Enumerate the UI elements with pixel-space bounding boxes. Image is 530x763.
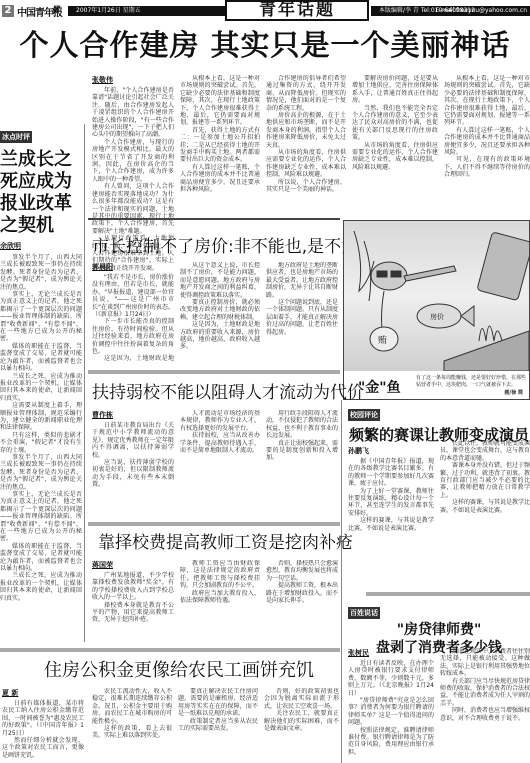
byline: 张树民 (348, 648, 434, 658)
paragraph: 这样的赛课，与其说是教学比赛，不如说是表演比赛。 (440, 499, 530, 514)
byline: 夏 新 (2, 688, 84, 698)
byline: 蒋国荣 (92, 560, 174, 570)
issue-date: 2007年1月26日 星期五 (76, 6, 141, 16)
decorative-slashes: ///// (52, 5, 58, 15)
masthead: 2 中国青年报 ///// 2007年1月26日 星期五 Topics 青年话题… (0, 0, 530, 22)
main-article-col-5: 从根本上看，这是一种对市场规则的突破尝试。首先，它缺少必要的法律基础和制度保障，… (444, 75, 530, 213)
section-divider (0, 648, 340, 652)
paragraph: 个人合作建房，与现行的房地产开发模式相比，最大的区别在于节省了开发商的利润，因此… (92, 139, 174, 183)
column-tag: 百姓说话 (348, 607, 380, 619)
paragraph: 当然，我们也不能完全否定个人合作建房的意义，它至少表达了民众对高房价的不满，也促… (352, 105, 438, 142)
masthead-bar-right: 本版编辑/李 青 Tel:010-64098312 E-mail:freeyou… (371, 6, 530, 16)
article-3-col-2: 人才流动是市场经济的基本规律，教师作为专业人才，有权选择更好的发展平台。 扶持弱… (180, 410, 260, 520)
paragraph: 有关部门应当尽快规范房贷律师费的收取，保护消费者的合法权益，不能让消费者成为任人… (440, 678, 530, 708)
article-body: "我若不是市长，房价涨价没有理由，但若是市长，就能办。"早报报道，建设部一位官员… (92, 274, 174, 362)
paragraph: 事实上，无论兰成长是否为真正意义上的记者，他之死都揭示了一个更深层次的问题——报… (0, 291, 82, 343)
paragraph: 兰成长之死，应成为推动报业改革的一个契机，让媒体回归其本来的使命，让新闻回归真实… (0, 572, 82, 602)
paragraph: 用行政手段阻碍人才流动，不仅侵犯了教师的合法权益，也不利于教育事业的长远发展。 (266, 410, 338, 440)
article-6-col-2: 然而在现实中，消费者往往别无选择，只能被动接受。这种做法，实际上是银行利用其强势… (440, 648, 530, 763)
cartoon-title: "金"鱼 (358, 377, 401, 397)
paragraph: 按照法律规定，谁聘请律师谁付费。银行聘请律师是为了防范自身风险，费用理应由银行承… (348, 727, 434, 757)
paragraph: 否则，好的政策初衷也会因为脱离实际而流于形式，让农民工空欢喜一场。 (264, 688, 339, 710)
article-7-col-3: 要真正解决农民工住房问题，需要的是廉租房、经济适用房等实实在在的保障，而不是一纸… (178, 688, 258, 763)
paragraph: 可见，在现有的政策环境下，人们不得不继续等待房价的合理回归。 (444, 156, 530, 178)
paragraph: 据《中国青年报》报道，现在的各级教学比赛名目繁多，有的教师一个学期要参加好几次赛… (348, 458, 434, 488)
paragraph: 年前，"个人合作建房是否靠谱"话题讨论引起社会广泛关注。随后，由合作建房发起人于… (92, 87, 174, 139)
article-7-headline: 住房公积金更像给农民工画饼充饥 (44, 660, 314, 682)
headline-line-1: "房贷律师费" (348, 621, 530, 639)
paragraph: 只有这样，类似的悲剧才不会重演，"假记者"才没有生存的土壤。 (0, 432, 82, 454)
paragraph: 否则，择校热只会愈演愈烈，教育均衡发展也将成为一句空话。 (266, 560, 338, 582)
paragraph: "我若不是市长，房价涨价没有理由，但若是市长，就能办。"早报报道，建设部一位官员… (92, 274, 174, 318)
paragraph: 这需要从制度上着手，理顺报业管理体制，规范采编行为，建立健全的新闻职业伦理和法律… (0, 402, 82, 432)
paragraph: 从根本上看，这是一种对市场规则的突破尝试。首先，它缺少必要的法律基础和制度保障，… (180, 75, 260, 127)
paragraph: 有人算过这样一笔账，个人合作建房的成本并不比普通商品房便宜多少，况且还要承担各种… (444, 127, 530, 157)
paragraph: 所以说，个人合作建房，其实只是一个美丽的神话。 (266, 179, 346, 194)
article-body: 日前有媒体报道，某市将农民工纳入住房公积金缴存范围，一时间被誉为"惠及农民工的好… (2, 700, 84, 759)
byline: 曹作栋 (92, 410, 174, 420)
main-article-col-3: 合作建房的倡导者们希望通过集资的方式，绕开开发商，从而降低房价。但现实的情况是，… (266, 75, 346, 213)
paragraph: 从市场的角度看，住房供应需要专业化的运作，个人合作建房缺乏专业性，成本难以控制，… (352, 142, 438, 172)
main-article-col-4: 要解决房价问题，还是要从增加土地供应、完善住房保障体系入手，让普通百姓真正住得起… (352, 75, 438, 213)
article-4: 校园评论 频繁的赛课让教师变成演员 (348, 402, 530, 445)
cartoon-caption: "金"鱼 有了这一条每周能赚钱，还是要好好珍惜，在那些钻营者手中，这块肥肉，一口… (344, 371, 529, 399)
paragraph: 农民工流动性大，收入不稳定，很难长期连续缴存公积金。况且，公积金主要用于购房，而… (92, 688, 172, 725)
article-5-headline: 靠择校费提高教师工资是挖肉补疮 (98, 532, 353, 554)
paragraph: 事发半个月了，山西大同兰成长被殴致死一事仍在持续发酵。死者身份是否为记者、是否为… (0, 254, 82, 291)
paragraph: 从根本上看，这是一种对市场规则的突破尝试。首先，它缺少必要的法律基础和制度保障，… (444, 75, 530, 127)
paragraph: 房价高企的根源，在于土地供应和市场垄断，而不是开发商本身的利润。指望个人合作建房… (266, 112, 346, 149)
paragraph: 然而仔细分析就会发现，这个政策对农民工而言，更像是画饼充饥。 (2, 737, 84, 759)
paragraph: 人才流动是市场经济的基本规律，教师作为专业人才，有权选择更好的发展平台。 (180, 410, 260, 432)
cartoon-caption-text: 有了这一条每周能赚钱，还是要好好珍惜，在那些钻营者手中，这块肥肉，一口气就被吞下… (416, 375, 526, 389)
paragraph: 政府应当加大教育投入，依法保障教师待遇。 (180, 590, 260, 605)
paragraph: 媒体的职能在于监督，当监督变成了交易，记者就可能沦为敲诈者，而被监督者也会以暴力… (0, 343, 82, 373)
cartoon-credit: 画/徐 简 (504, 389, 523, 396)
paragraph: 首先，获得土地的方式有二：一是参加土地公开招拍挂；二是从已经获得土地的开发商手中… (180, 127, 260, 164)
paragraph: 地方政府是土地的垄断供应者，也是房地产市场的最大受益者。让地方政府控制房价，无异… (266, 262, 338, 299)
paragraph: 这个问题说到底，还是一个体制问题。只有从制度层面着手，才能真正解决房价过高的问题… (266, 299, 338, 336)
article-4-col-2: 长此以往，教师就可能变成演员，课堂也会变成舞台，这与教育的本意背道而驰。 赛课本… (440, 440, 530, 564)
paragraph: 合作建房的倡导者们希望通过集资的方式，绕开开发商，从而降低房价。但现实的情况是，… (266, 75, 346, 112)
section-title: 青年话题 (225, 0, 369, 21)
column-divider (84, 124, 85, 642)
article-7-col-4: 否则，好的政策初衷也会因为脱离实际而流于形式，让农民工空欢喜一场。 关注农民工，… (264, 688, 339, 763)
paragraph: 从这个意义上说，市长控制不了房价，不是能力问题，而是意愿问题。地方政府与房地产开… (180, 262, 260, 299)
paragraph: 同时，消费者也应当增强维权意识，对不合理收费勇于说不。 (440, 707, 530, 722)
paragraph: 关注农民工，就要真正解决他们的实际困难，而不是做表面文章。 (264, 710, 339, 732)
paragraph: 扶持弱校，应当从改善办学条件、提高教师待遇入手，而不是简单地限制人才流动。 (180, 432, 260, 454)
article-2-col-2: 从这个意义上说，市长控制不了房价，不是能力问题，而是意愿问题。地方政府与房地产开… (180, 262, 260, 362)
article-3-col-3: 用行政手段阻碍人才流动，不仅侵犯了教师的合法权益，也不利于教育事业的长远发展。 … (266, 410, 338, 520)
commentary-headline: 兰成长之死应成为报业改革之契机 (0, 149, 82, 237)
main-headline: 个人合作建房 其实只是一个美丽神话 (0, 28, 530, 62)
paragraph: 日前有媒体报道，某市将农民工纳入住房公积金缴存范围，一时间被誉为"惠及农民工的好… (2, 700, 84, 737)
byline: 余欣明 (0, 241, 82, 251)
paragraph: 广州某地报道，不少学校靠择校费发放教师"奖金"。有的学校择校费收入占到学校总收入… (92, 572, 174, 602)
article-6-col-1: 张树民 近日有读者反映，在办理个人房贷时被银行要求支付律师费，数额不菲，少则数千… (348, 648, 434, 763)
article-7-col-1: 夏 新 日前有媒体报道，某市将农民工纳入住房公积金缴存范围，一时间被誉为"惠及农… (2, 688, 84, 763)
paragraph: 要解决房价问题，还是要从增加土地供应、完善住房保障体系入手，让普通百姓真正住得起… (352, 75, 438, 105)
paragraph: 要真正解决农民工住房问题，需要的是廉租房、经济适用房等实实在在的保障，而不是一纸… (178, 688, 258, 718)
paragraph: 应当说，扶持薄弱学校的初衷是好的，但以限制教师流动为手段，未免有些本末倒置。 (92, 459, 174, 489)
main-article-col-2: 从根本上看，这是一种对市场规则的突破尝试。首先，它缺少必要的法律基础和制度保障，… (180, 75, 260, 213)
svg-text:贿: 贿 (378, 334, 387, 346)
column-tag: 校园评论 (348, 409, 380, 421)
paragraph: 这样的赛课，与其说是教学比赛，不如说是表演比赛。 (348, 517, 434, 532)
article-5-col-3: 否则，择校热只会愈演愈烈，教育均衡发展也将成为一句空话。 提高教师工资，根本出路… (266, 560, 338, 642)
page-number: 2 (2, 5, 14, 17)
paragraph: 择校费本身就是教育不公平的产物，用它来提高教师工资，无异于挖肉补疮。 (92, 602, 174, 624)
article-body: 事发半个月了，山西大同兰成长被殴致死一事仍在持续发酵。死者身份是否为记者、是否为… (0, 254, 82, 602)
paragraph: 长此以往，教师就可能变成演员，课堂也会变成舞台，这与教育的本意背道而驰。 (440, 440, 530, 462)
section-divider (88, 370, 340, 374)
paragraph: 真正让弱校强起来，需要的是制度创新和投入增加。 (266, 440, 338, 462)
article-4-col-1: 孙鹏飞 据《中国青年报》报道，现在的各级教学比赛名目繁多，有的教师一个学期要参加… (348, 446, 434, 564)
article-3-col-1: 曹作栋 日前某市教育局出台《关于规范中小学教师流动的意见》，规定优秀教师在一定年… (92, 410, 174, 520)
paragraph: 从市场的角度看，住房供应需要专业化的运作，个人合作建房缺乏专业性，成本难以控制，… (266, 149, 346, 179)
paragraph: 教师工资应当由财政保障，这是法律规定的政府责任。把教师工资与择校费挂钩，只会加剧… (180, 560, 260, 590)
paragraph: 赛课本身并没有错，但过于频繁、过于功利，就违背了初衷。教育行政部门应当减少不必要… (440, 462, 530, 499)
editorial-cartoon: 贿 房价 "金"鱼 有了这一条每周能赚钱，还是要好好珍惜，在那些钻营者手中，这块… (343, 220, 530, 400)
byline: 孙鹏飞 (348, 446, 434, 456)
cartoon-drawing-icon: 贿 房价 (344, 221, 529, 371)
paragraph: 事实上，无论兰成长是否为真正意义上的记者，他之死都揭示了一个更深层次的问题——报… (0, 491, 82, 543)
svg-text:房价: 房价 (430, 312, 444, 321)
paragraph: 这是因为，土地财政是地方政府的重要收入来源，房价越高，地价越高，政府收入越多。 (92, 355, 174, 362)
paragraph: 然而在现实中，消费者往往别无选择，只能被动接受。这种做法，实际上是银行利用其强势… (440, 648, 530, 678)
paragraph: 这样的政策，看上去很美，实际上难以落到实处。 (92, 725, 172, 740)
section-divider (88, 218, 340, 220)
article-body: 据《中国青年报》报道，现在的各级教学比赛名目繁多，有的教师一个学期要参加好几次赛… (348, 458, 434, 532)
article-2-headline: 市长控制不了房价:非不能也,是不为也 (92, 236, 375, 258)
column-divider (341, 400, 342, 763)
article-body: 近日有读者反映，在办理个人房贷时被银行要求支付律师费，数额不菲，少则数千元，多则… (348, 660, 434, 756)
paragraph: 为了上好一堂赛课，教师往往要反复演练，精心设计每一个环节，甚至连学生的发言都事先… (348, 488, 434, 518)
paragraph: 政策制定者应当多从农民工的实际需要出发。 (178, 718, 258, 733)
paragraph: 要真正控制房价，就必须改变地方政府对土地财政的依赖，建立起合理的财税体制。 (180, 299, 260, 321)
article-7-col-2: 农民工流动性大，收入不稳定，很难长期连续缴存公积金。况且，公积金主要用于购房，而… (92, 688, 172, 763)
paragraph: 兰成长之死，应成为推动报业改革的一个契机，让媒体回归其本来的使命，让新闻回归真实… (0, 373, 82, 403)
paragraph: 有人算过这样一笔账，个人合作建房的成本并不比普通商品房便宜多少，况且还要承担各种… (180, 164, 260, 194)
paragraph: 提高教师工资，根本出路在于增加财政投入，而不是向家长伸手。 (266, 582, 338, 604)
paragraph: 日前某市教育局出台《关于规范中小学教师流动的意见》，规定优秀教师在一定年限内不得… (92, 422, 174, 459)
article-5-col-2: 教师工资应当由财政保障，这是法律规定的政府责任。把教师工资与择校费挂钩，只会加剧… (180, 560, 260, 642)
byline: 郭晨阳 (92, 262, 174, 272)
paragraph: 媒体的职能在于监督，当监督变成了交易，记者就可能沦为敲诈者，而被监督者也会以暴力… (0, 543, 82, 573)
byline: 张敬伟 (92, 75, 174, 85)
paragraph: 下一步市长能否真的控制住房价，有待时间检验。但从过往经验来看，地方政府在房价调控… (92, 318, 174, 355)
paragraph: "房贷律师费"究竟是怎么回事？消费者为何要为银行聘请的律师买单？这是一个值得追问… (348, 697, 434, 727)
section-divider (88, 522, 340, 526)
paragraph: 事发半个月了，山西大同兰成长被殴致死一事仍在持续发酵。死者身份是否为记者、是否为… (0, 454, 82, 491)
main-article-col-1: 张敬伟 年前，"个人合作建房是否靠谱"话题讨论引起社会广泛关注。随后，由合作建房… (92, 75, 174, 213)
article-2-col-3: 地方政府是土地的垄断供应者，也是房地产市场的最大受益者。让地方政府控制房价，无异… (266, 262, 338, 362)
article-5-col-1: 蒋国荣 广州某地报道，不少学校靠择校费发放教师"奖金"。有的学校择校费收入占到学… (92, 560, 174, 642)
paragraph: 这是因为，土地财政是地方政府的重要收入来源，房价越高，地价越高，政府收入越多。 (180, 321, 260, 351)
section-divider (366, 592, 530, 596)
article-3-headline: 扶持弱校不能以阻碍人才流动为代价 (92, 382, 364, 404)
contact-email: E-mail:freeyou@yahoo.com.cn (435, 6, 527, 16)
cartoon-illustration: 贿 房价 (344, 221, 529, 371)
article-2-col-1: 郭晨阳 "我若不是市长，房价涨价没有理由，但若是市长，就能办。"早报报道，建设部… (92, 262, 174, 362)
paragraph: 有人曾问，这项个人合作建房能否实现落地成功？为什么很多年都没能成功？这是有一个法… (92, 183, 174, 235)
article-body: 日前某市教育局出台《关于规范中小学教师流动的意见》，规定优秀教师在一定年限内不得… (92, 422, 174, 489)
article-body: 广州某地报道，不少学校靠择校费发放教师"奖金"。有的学校择校费收入占到学校总收入… (92, 572, 174, 624)
column-tag: 冰点时评 (0, 131, 32, 143)
paragraph: 近日有读者反映，在办理个人房贷时被银行要求支付律师费，数额不菲，少则数千元，多则… (348, 660, 434, 697)
